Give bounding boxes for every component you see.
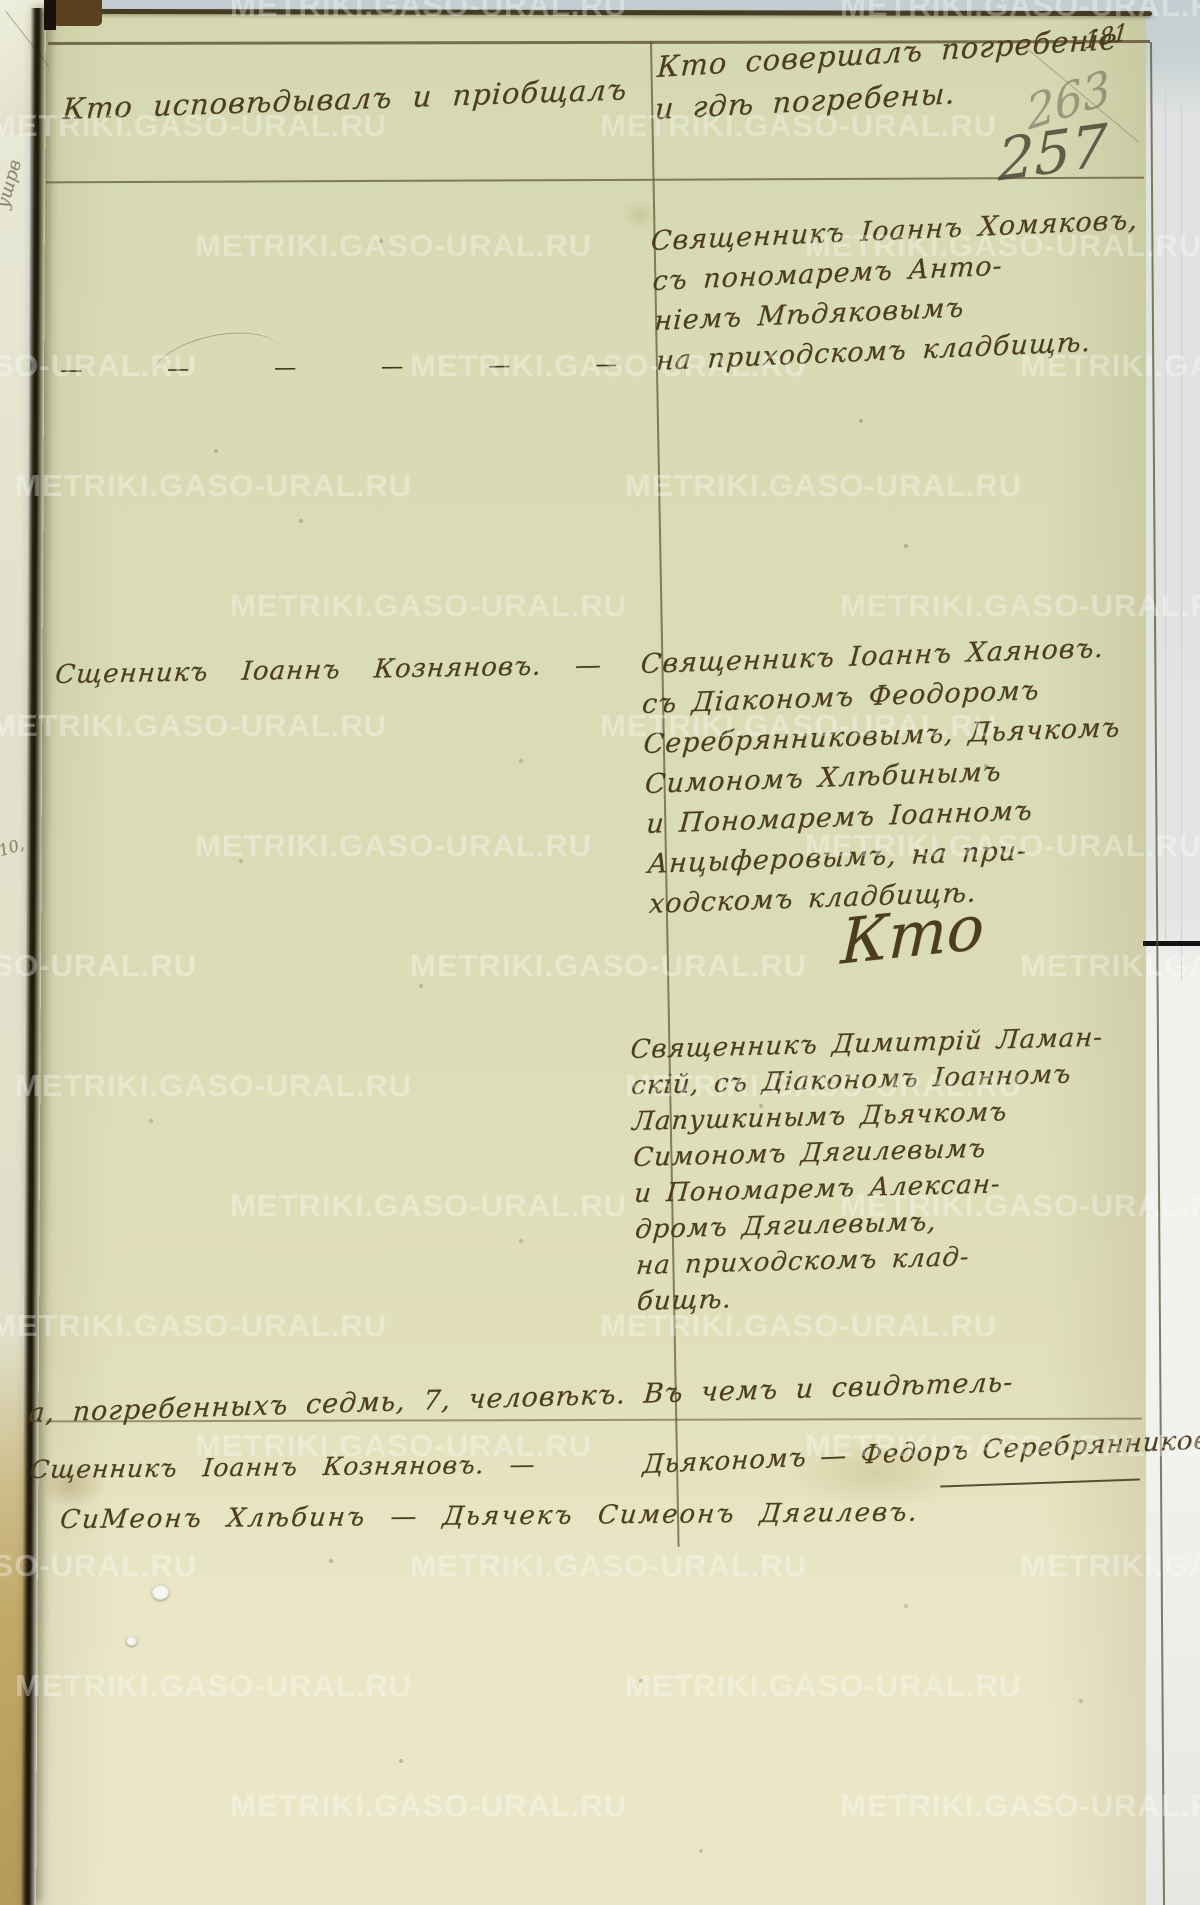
watermark-text: METRIKI.GASO-URAL.RU <box>410 948 807 984</box>
watermark-text: METRIKI.GASO-URAL.RU <box>230 0 627 24</box>
scanned-register-page: Кто исповѣдывалъ и пріобщалъ Кто соверша… <box>0 0 1200 1905</box>
watermark-text: METRIKI.GASO-URAL.RU <box>840 0 1200 24</box>
watermark-text: METRIKI.GASO-URAL.RU <box>840 1188 1200 1224</box>
paper-edge-line <box>1165 60 1166 940</box>
watermark-text: METRIKI.GASO-URAL.RU <box>805 228 1200 264</box>
watermark-text: METRIKI.GASO-URAL.RU <box>195 228 592 264</box>
watermark-text: METRIKI.GASO-URAL.RU <box>195 828 592 864</box>
watermark-text: METRIKI.GASO-URAL.RU <box>230 1788 627 1824</box>
watermark-text: METRIKI.GASO-URAL.RU <box>805 828 1200 864</box>
watermark-text: METRIKI.GASO-URAL.RU <box>230 1188 627 1224</box>
watermark-text: METRIKI.GASO-URAL.RU <box>1020 348 1200 384</box>
watermark-text: METRIKI.GASO-URAL.RU <box>195 1428 592 1464</box>
binding-gap <box>44 0 56 30</box>
watermark-text: METRIKI.GASO-URAL.RU <box>0 1308 387 1344</box>
bookmark-bar <box>1143 941 1200 946</box>
watermark-text: METRIKI.GASO-URAL.RU <box>625 1068 1022 1104</box>
watermark-text: METRIKI.GASO-URAL.RU <box>410 1548 807 1584</box>
paper-speckles <box>0 0 2 2</box>
burial-entry-3: Священникъ Димитрій Ламан- скій, съ Діак… <box>630 1020 1110 1320</box>
burial-entry-2: Священникъ Іоаннъ Хаяновъ. съ Діакономъ … <box>640 628 1127 924</box>
watermark-text: METRIKI.GASO-URAL.RU <box>0 108 387 144</box>
watermark-text: METRIKI.GASO-URAL.RU <box>0 708 387 744</box>
watermark-text: METRIKI.GASO-URAL.RU <box>15 468 412 504</box>
watermark-text: METRIKI.GASO-URAL.RU <box>0 348 197 384</box>
watermark-text: METRIKI.GASO-URAL.RU <box>600 1308 997 1344</box>
watermark-text: METRIKI.GASO-URAL.RU <box>840 1788 1200 1824</box>
watermark-text: METRIKI.GASO-URAL.RU <box>410 348 807 384</box>
watermark-text: METRIKI.GASO-URAL.RU <box>15 1068 412 1104</box>
watermark-text: METRIKI.GASO-URAL.RU <box>15 1668 412 1704</box>
paper-hole <box>126 1636 137 1646</box>
watermark-text: METRIKI.GASO-URAL.RU <box>600 708 997 744</box>
kto-flourish: Кто <box>839 890 985 979</box>
watermark-text: METRIKI.GASO-URAL.RU <box>805 1428 1200 1464</box>
watermark-text: METRIKI.GASO-URAL.RU <box>625 468 1022 504</box>
watermark-text: METRIKI.GASO-URAL.RU <box>0 948 197 984</box>
watermark-text: METRIKI.GASO-URAL.RU <box>1020 1548 1200 1584</box>
watermark-text: METRIKI.GASO-URAL.RU <box>0 1548 197 1584</box>
watermark-text: METRIKI.GASO-URAL.RU <box>230 588 627 624</box>
watermark-text: METRIKI.GASO-URAL.RU <box>1020 948 1200 984</box>
paper-hole <box>152 1585 169 1600</box>
watermark-text: METRIKI.GASO-URAL.RU <box>600 108 997 144</box>
watermark-text: METRIKI.GASO-URAL.RU <box>625 1668 1022 1704</box>
binding-wood-block <box>54 0 102 26</box>
watermark-text: METRIKI.GASO-URAL.RU <box>840 588 1200 624</box>
